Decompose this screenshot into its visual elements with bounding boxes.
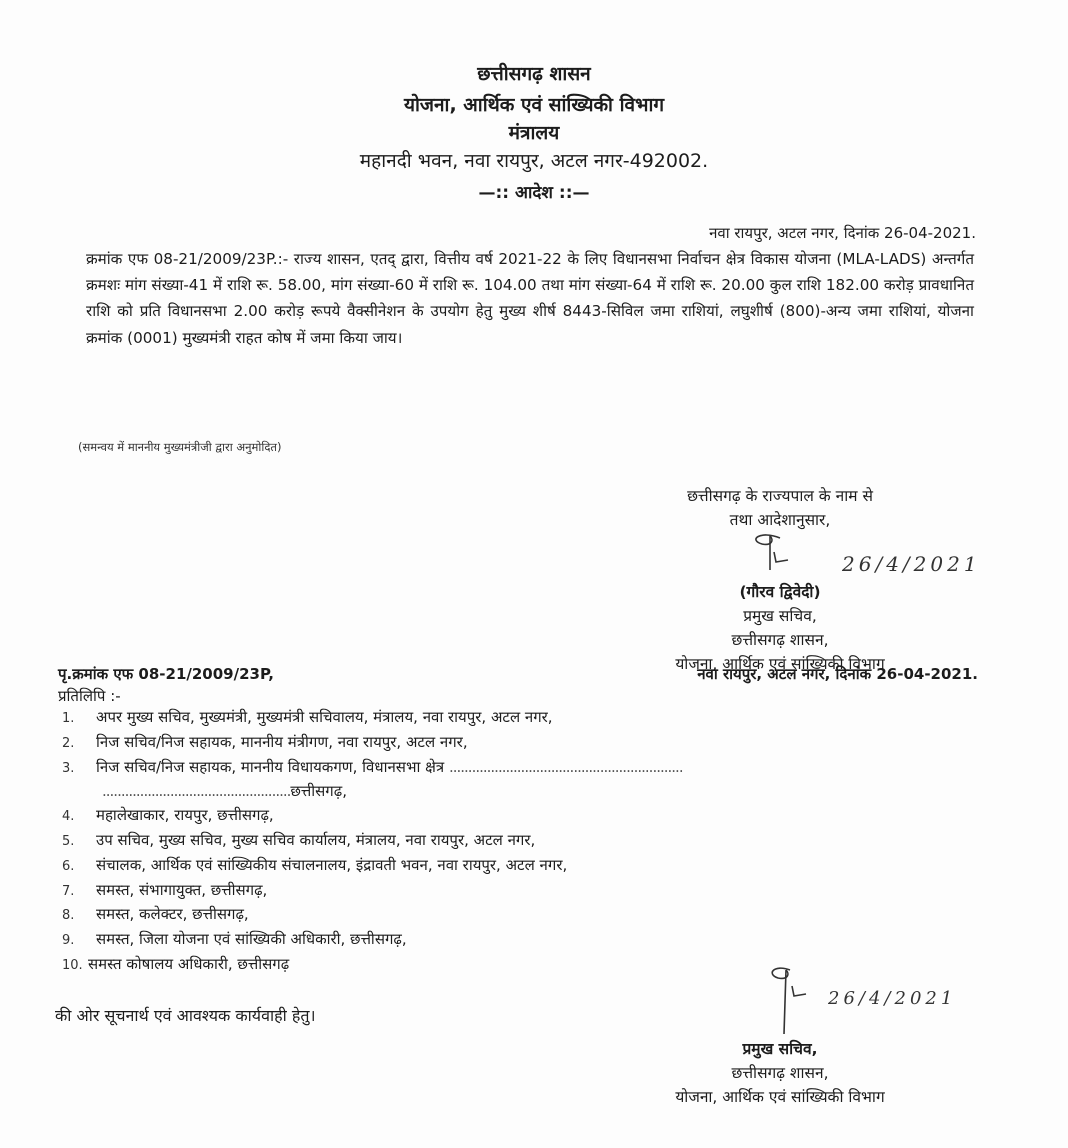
authority-line-2: तथा आदेशानुसार, bbox=[560, 508, 1000, 532]
list-item: 1.अपर मुख्य सचिव, मुख्यमंत्री, मुख्यमंत्… bbox=[62, 706, 992, 731]
signature-block-2: प्रमुख सचिव, छत्तीसगढ़ शासन, योजना, आर्थ… bbox=[560, 1037, 1000, 1109]
department-name: योजना, आर्थिक एवं सांख्यिकी विभाग bbox=[0, 91, 1068, 117]
government-name: छत्तीसगढ़ शासन bbox=[0, 60, 1068, 86]
order-place-date: नवा रायपुर, अटल नगर, दिनांक 26-04-2021. bbox=[709, 223, 976, 243]
handwritten-date-1: 26/4/2021 bbox=[842, 552, 981, 576]
closing-line: की ओर सूचनार्थ एवं आवश्यक कार्यवाही हेतु… bbox=[55, 1004, 316, 1026]
list-item: 7.समस्त, संभागायुक्त, छत्तीसगढ़, bbox=[62, 879, 992, 904]
signatory-designation: प्रमुख सचिव, bbox=[560, 1037, 1000, 1061]
list-item: 5.उप सचिव, मुख्य सचिव, मुख्य सचिव कार्या… bbox=[62, 829, 992, 854]
office-address: महानदी भवन, नवा रायपुर, अटल नगर-492002. bbox=[0, 147, 1068, 173]
approval-note: (समन्वय में माननीय मुख्यमंत्रीजी द्वारा … bbox=[78, 440, 281, 455]
list-item: 4.महालेखाकार, रायपुर, छत्तीसगढ़, bbox=[62, 804, 992, 829]
list-item: 6.संचालक, आर्थिक एवं सांख्यिकीय संचालनाल… bbox=[62, 854, 992, 879]
endorsement-number: पृ.क्रमांक एफ 08-21/2009/23P, bbox=[58, 664, 274, 684]
list-item-continuation: ........................................… bbox=[62, 780, 992, 804]
ministry-name: मंत्रालय bbox=[0, 119, 1068, 145]
authority-line: छत्तीसगढ़ के राज्यपाल के नाम से bbox=[560, 484, 1000, 508]
signatory-name: (गौरव द्विवेदी) bbox=[560, 580, 1000, 604]
endorsement-place-date: नवा रायपुर, अटल नगर, दिनांक 26-04-2021. bbox=[697, 664, 978, 684]
handwritten-date-2: 26/4/2021 bbox=[828, 988, 956, 1009]
signatory-government: छत्तीसगढ़ शासन, bbox=[560, 628, 1000, 652]
list-item: 2.निज सचिव/निज सहायक, माननीय मंत्रीगण, न… bbox=[62, 731, 992, 756]
copy-list: 1.अपर मुख्य सचिव, मुख्यमंत्री, मुख्यमंत्… bbox=[62, 706, 992, 978]
blank-fill-line: ........................................… bbox=[102, 782, 290, 800]
signatory-designation: प्रमुख सचिव, bbox=[560, 604, 1000, 628]
list-item: 10.समस्त कोषालय अधिकारी, छत्तीसगढ़ bbox=[62, 953, 992, 978]
signatory-department: योजना, आर्थिक एवं सांख्यिकी विभाग bbox=[560, 1085, 1000, 1109]
order-title: —:: आदेश ::— bbox=[0, 180, 1068, 203]
order-body: क्रमांक एफ 08-21/2009/23P.:- राज्य शासन,… bbox=[86, 246, 974, 351]
signature-block-1: छत्तीसगढ़ के राज्यपाल के नाम से तथा आदेश… bbox=[560, 484, 1000, 676]
list-item: 3.निज सचिव/निज सहायक, माननीय विधायकगण, व… bbox=[62, 756, 992, 781]
copy-label: प्रतिलिपि :- bbox=[58, 686, 121, 706]
list-item: 9.समस्त, जिला योजना एवं सांख्यिकी अधिकार… bbox=[62, 928, 992, 953]
list-item: 8.समस्त, कलेक्टर, छत्तीसगढ़, bbox=[62, 903, 992, 928]
blank-fill-line: ........................................… bbox=[449, 758, 683, 776]
signatory-government: छत्तीसगढ़ शासन, bbox=[560, 1061, 1000, 1085]
